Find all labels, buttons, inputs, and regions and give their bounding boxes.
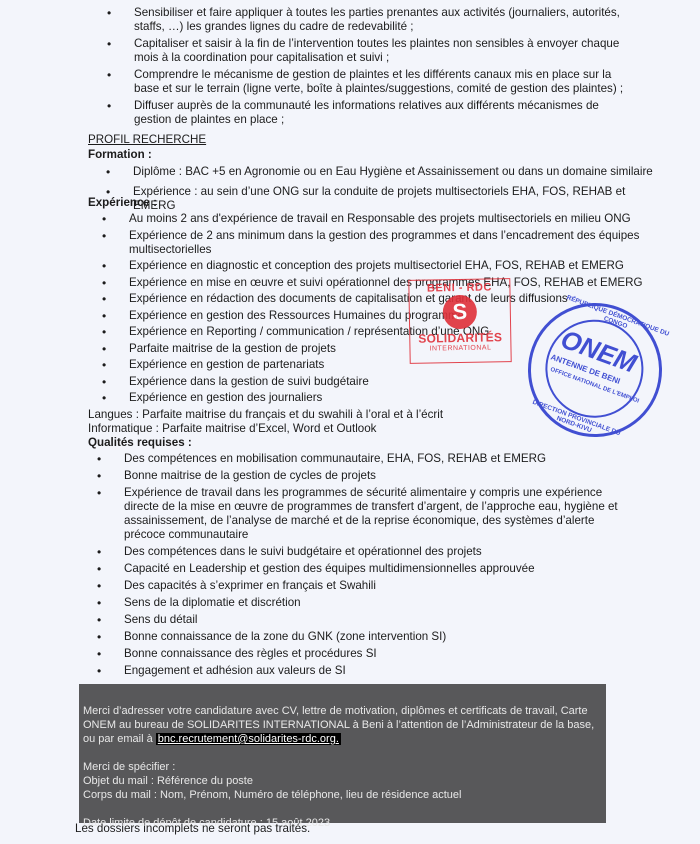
mail-body-line: Corps du mail : Nom, Prénom, Numéro de t… <box>83 788 602 802</box>
section-title-profil: PROFIL RECHERCHE <box>88 133 206 146</box>
list-item: Diffuser auprès de la communauté les inf… <box>134 99 634 127</box>
list-item: Diplôme : BAC +5 en Agronomie ou en Eau … <box>133 165 653 179</box>
incomplete-note: Les dossiers incomplets ne seront pas tr… <box>75 822 310 835</box>
list-item: Bonne connaissance de la zone du GNK (zo… <box>124 630 634 644</box>
email-link[interactable]: bnc.recrutement@solidarites-rdc.org. <box>156 733 341 745</box>
formation-heading: Formation : <box>88 148 152 161</box>
stamp-location: BENI - RDC <box>409 281 509 295</box>
qualities-list: Des compétences en mobilisation communau… <box>124 452 634 681</box>
responsibilities-list: Sensibiliser et faire appliquer à toutes… <box>134 6 634 130</box>
experience-heading: Expérience : <box>88 196 157 209</box>
list-item: Capitaliser et saisir à la fin de l’inte… <box>134 37 634 65</box>
list-item: Des capacités à s’exprimer en français e… <box>124 579 634 593</box>
it-skills-line: Informatique : Parfaite maitrise d’Excel… <box>88 422 443 436</box>
list-item: Expérience en diagnostic et conception d… <box>129 259 649 273</box>
list-item: Bonne maitrise de la gestion de cycles d… <box>124 469 634 483</box>
list-item: Sensibiliser et faire appliquer à toutes… <box>134 6 634 34</box>
list-item: Au moins 2 ans d'expérience de travail e… <box>129 212 649 226</box>
specify-label: Merci de spécifier : <box>83 760 602 774</box>
stamp-org-name: SOLIDARITÉS <box>410 330 510 346</box>
list-item: Expérience de travail dans les programme… <box>124 486 634 542</box>
list-item: Sens du détail <box>124 613 634 627</box>
mail-subject-line: Objet du mail : Référence du poste <box>83 774 602 788</box>
list-item: Des compétences dans le suivi budgétaire… <box>124 545 634 559</box>
list-item: Capacité en Leadership et gestion des éq… <box>124 562 634 576</box>
list-item: Sens de la diplomatie et discrétion <box>124 596 634 610</box>
list-item: Expérience : au sein d’une ONG sur la co… <box>133 185 653 213</box>
list-item: Expérience de 2 ans minimum dans la gest… <box>129 229 649 257</box>
list-item: Engagement et adhésion aux valeurs de SI <box>124 664 634 678</box>
languages-and-it: Langues : Parfaite maitrise du français … <box>88 408 443 450</box>
application-instructions-box: Merci d’adresser votre candidature avec … <box>79 684 606 823</box>
solidarites-logo-icon: S <box>443 295 478 330</box>
job-posting-page: Sensibiliser et faire appliquer à toutes… <box>0 0 700 844</box>
list-item: Expérience en mise en œuvre et suivi opé… <box>129 276 649 290</box>
formation-list: Diplôme : BAC +5 en Agronomie ou en Eau … <box>133 165 653 219</box>
languages-line: Langues : Parfaite maitrise du français … <box>88 408 443 422</box>
list-item: Comprendre le mécanisme de gestion de pl… <box>134 68 634 96</box>
list-item: Bonne connaissance des règles et procédu… <box>124 647 634 661</box>
application-text: Merci d’adresser votre candidature avec … <box>83 704 602 746</box>
qualities-heading: Qualités requises : <box>88 436 443 450</box>
list-item: Des compétences en mobilisation communau… <box>124 452 634 466</box>
solidarites-stamp: BENI - RDC S SOLIDARITÉS INTERNATIONAL <box>408 278 511 364</box>
